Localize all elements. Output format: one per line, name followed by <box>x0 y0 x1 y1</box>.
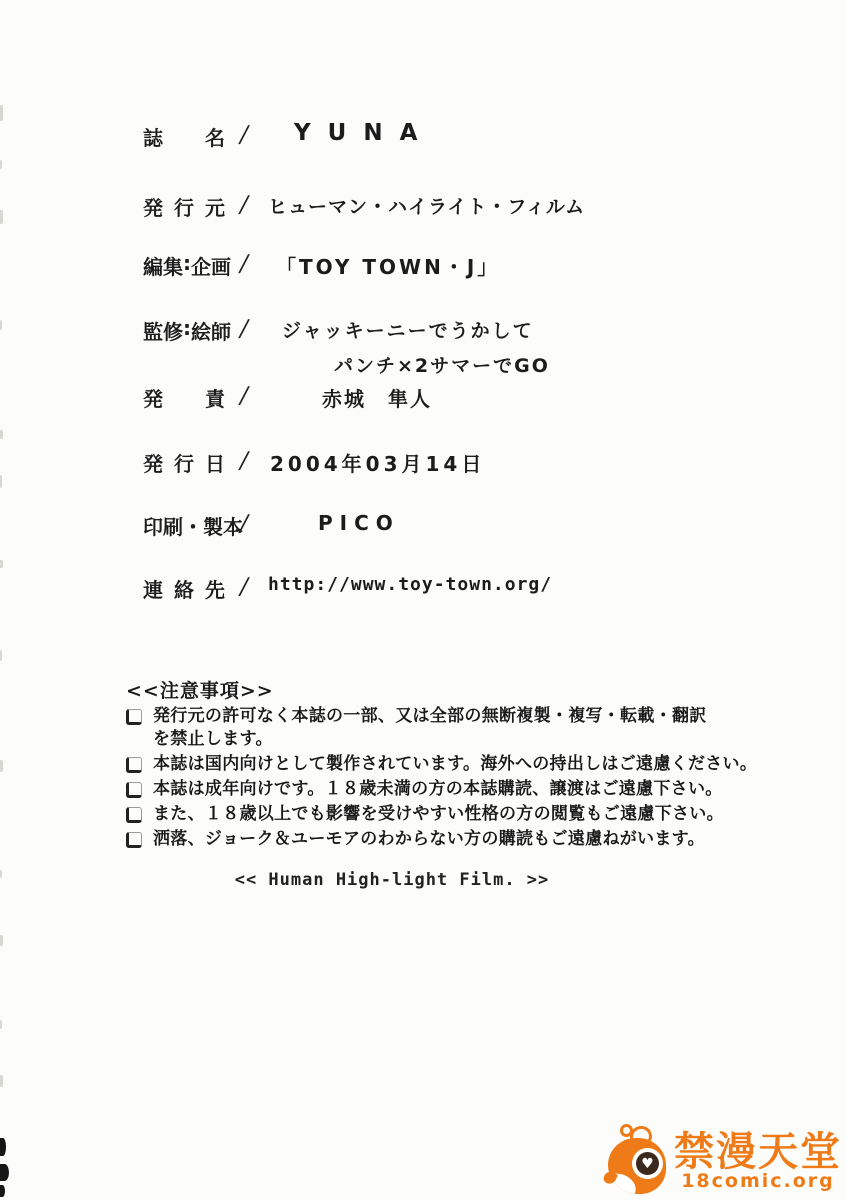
watermark-title: 禁漫天堂 <box>674 1131 842 1173</box>
notice-item: 発行元の許可なく本誌の一部、又は全部の無断複製・複写・転載・翻訳 を禁止します。 <box>126 705 766 751</box>
notice-text: 発行元の許可なく本誌の一部、又は全部の無断複製・複写・転載・翻訳 を禁止します。 <box>153 705 707 751</box>
colophon-row-date: 発行日 / 2004年03月14日 <box>143 448 485 477</box>
slash-separator: / <box>229 192 259 218</box>
field-label-contact: 連絡先 <box>143 574 225 603</box>
colophon-row-printing: 印刷・製本 / PICO <box>143 511 400 540</box>
watermark-domain: 18comic.org <box>681 1170 835 1192</box>
circle-name-footer: << Human High-light Film. >> <box>142 870 642 890</box>
watermark-text: 禁漫天堂 18comic.org <box>674 1131 842 1192</box>
field-label-editing: 編集:企画 <box>143 251 225 280</box>
notice-item: 本誌は国内向けとして製作されています。海外への持出しはご遠慮ください。 <box>126 753 766 776</box>
contact-url: http://www.toy-town.org/ <box>268 574 552 595</box>
checkbox-icon <box>126 709 142 725</box>
field-value-title: YUNA <box>294 120 434 146</box>
field-label-responsible: 発責 <box>143 383 225 412</box>
watermark-logo: ♥ 禁漫天堂 18comic.org <box>604 1124 842 1198</box>
field-value-date: 2004年03月14日 <box>270 448 485 477</box>
field-value-printing: PICO <box>318 511 400 535</box>
slash-separator: / <box>229 251 259 277</box>
slash-separator: / <box>229 316 259 342</box>
colophon-row-editing: 編集:企画 / 「TOY TOWN・J」 <box>143 251 500 280</box>
field-label-title: 誌名 <box>143 122 225 151</box>
checkbox-icon <box>126 757 142 773</box>
slash-separator: / <box>229 383 259 409</box>
colophon-row-supervision: 監修:絵師 / ジャッキーニーでうかして パンチ×2サマーでGO <box>143 316 550 378</box>
heart-icon: ♥ <box>636 1152 659 1175</box>
notice-text: 洒落、ジョーク＆ユーモアのわからない方の購読もご遠慮ねがいます。 <box>153 828 705 851</box>
notice-text: また、１８歳以上でも影響を受けやすい性格の方の閲覧もご遠慮下さい。 <box>153 803 724 826</box>
field-label-date: 発行日 <box>143 448 225 477</box>
antenna-bulb-icon <box>620 1124 633 1137</box>
slash-separator: / <box>229 122 259 148</box>
slash-separator: / <box>229 448 259 474</box>
notice-text: 本誌は成年向けです。１８歳未満の方の本誌購読、譲渡はご遠慮下さい。 <box>153 778 723 801</box>
notice-item: 本誌は成年向けです。１８歳未満の方の本誌購読、譲渡はご遠慮下さい。 <box>126 778 766 801</box>
slash-separator: / <box>229 574 259 600</box>
checkbox-icon <box>126 807 142 823</box>
field-value-responsible: 赤城 隼人 <box>322 383 432 412</box>
colophon-row-contact: 連絡先 / http://www.toy-town.org/ <box>143 574 552 603</box>
field-value-editing: 「TOY TOWN・J」 <box>276 251 500 280</box>
field-value-supervision: ジャッキーニーでうかして パンチ×2サマーでGO <box>282 316 550 378</box>
field-label-publisher: 発行元 <box>143 192 225 221</box>
field-value-publisher: ヒューマン・ハイライト・フィルム <box>268 192 585 219</box>
notice-item: 洒落、ジョーク＆ユーモアのわからない方の購読もご遠慮ねがいます。 <box>126 828 766 851</box>
colophon-row-title: 誌名 / YUNA <box>143 122 434 151</box>
mascot-icon: ♥ <box>604 1124 672 1198</box>
slash-separator: / <box>229 511 259 537</box>
supervision-line-1: ジャッキーニーでうかして <box>282 316 550 343</box>
checkbox-icon <box>126 832 142 848</box>
field-label-supervision: 監修:絵師 <box>143 316 225 345</box>
notices-heading: <<注意事項>> <box>126 676 766 703</box>
supervision-line-2: パンチ×2サマーでGO <box>334 351 550 378</box>
field-label-printing: 印刷・製本 <box>143 511 225 540</box>
colophon-row-publisher: 発行元 / ヒューマン・ハイライト・フィルム <box>143 192 585 221</box>
colophon-row-responsible: 発責 / 赤城 隼人 <box>143 383 432 412</box>
notice-item: また、１８歳以上でも影響を受けやすい性格の方の閲覧もご遠慮下さい。 <box>126 803 766 826</box>
notices-section: <<注意事項>> 発行元の許可なく本誌の一部、又は全部の無断複製・複写・転載・翻… <box>126 676 766 851</box>
notice-text: 本誌は国内向けとして製作されています。海外への持出しはご遠慮ください。 <box>153 753 757 776</box>
checkbox-icon <box>126 782 142 798</box>
